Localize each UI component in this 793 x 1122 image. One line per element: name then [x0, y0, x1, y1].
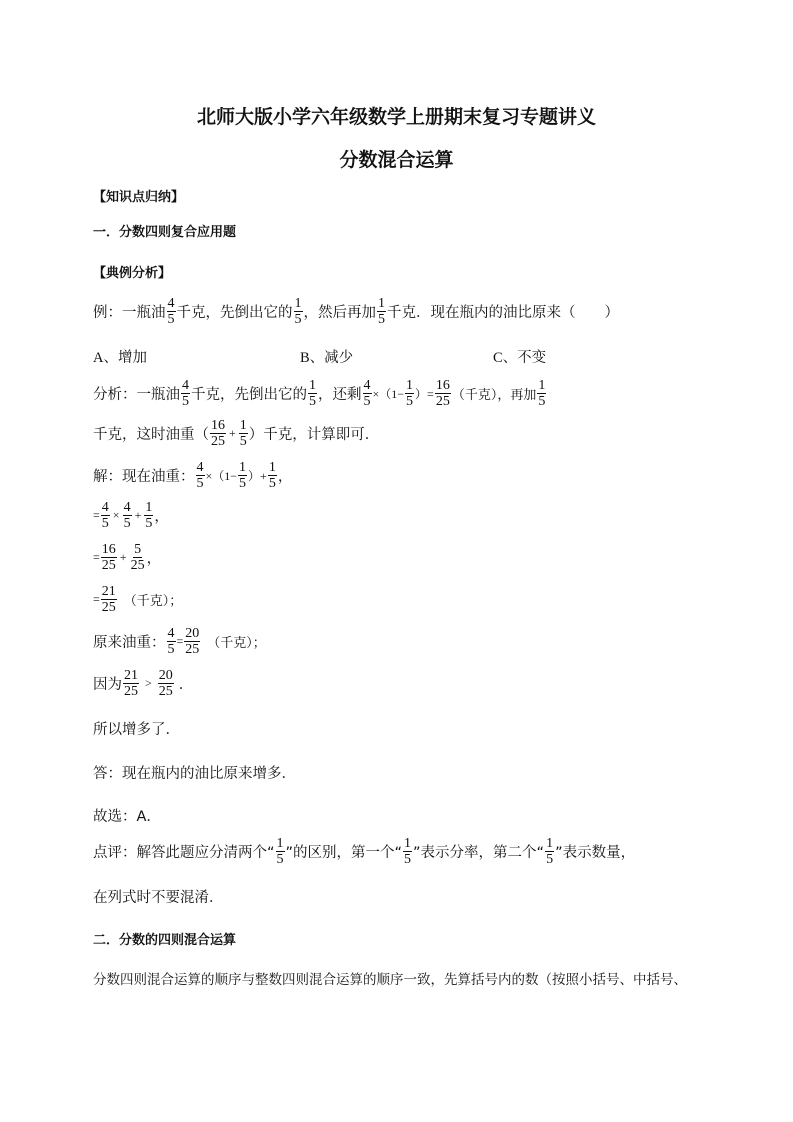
- document-page: 北师大版小学六年级数学上册期末复习专题讲义 分数混合运算 【知识点归纳】 一．分…: [0, 0, 793, 1122]
- example-question: 例：一瓶油 45 千克，先倒出它的 15 ，然后再加 15 千克．现在瓶内的油比…: [93, 296, 619, 327]
- fraction-1-5: 15: [144, 500, 153, 531]
- text: 千克，先倒出它的: [177, 301, 293, 322]
- comment-line-1: 点评：解答此题应分清两个“ 15 ”的区别，第一个“ 15 ”表示分率，第二个“…: [93, 836, 635, 867]
- fraction-1-5: 15: [268, 460, 277, 491]
- fraction-1-5: 15: [308, 378, 317, 409]
- analysis-line-1: 分析：一瓶油 45 千克，先倒出它的 15 ，还剩 45 ×（1− 15 ）= …: [93, 378, 547, 409]
- example-label: 【典例分析】: [93, 262, 171, 281]
- analysis-line-2: 千克，这时油重（ 1625 + 15 ）千克，计算即可．: [93, 418, 379, 449]
- section2-heading: 二．分数的四则混合运算: [93, 929, 236, 948]
- fraction-4-5: 45: [167, 296, 176, 327]
- solution-line-1: 解：现在油重： 45 ×（1− 15 ）+ 15 ，: [93, 460, 292, 491]
- solution-line-5: 原来油重： 45 = 2025 （千克）；: [93, 626, 266, 657]
- fraction-1-5: 15: [276, 836, 285, 867]
- fraction-1-5: 15: [403, 836, 412, 867]
- fraction-1-5: 15: [294, 296, 303, 327]
- fraction-16-25: 1625: [210, 418, 226, 449]
- fraction-4-5: 45: [167, 626, 176, 657]
- text: 例：一瓶油: [93, 301, 166, 322]
- solution-line-2: = 45 × 45 + 15 ，: [93, 500, 169, 531]
- fraction-4-5: 45: [196, 460, 205, 491]
- comment-line-2: 在列式时不要混淆．: [93, 886, 224, 907]
- solution-line-4: = 2125 （千克）；: [93, 584, 182, 615]
- fraction-5-25: 525: [130, 542, 146, 573]
- fraction-1-5: 15: [377, 296, 386, 327]
- document-subtitle: 分数混合运算: [0, 145, 793, 172]
- section1-heading: 一．分数四则复合应用题: [93, 221, 236, 240]
- answer-text: 答：现在瓶内的油比原来增多．: [93, 762, 296, 783]
- option-c: C、不变: [493, 346, 546, 367]
- solution-conclusion: 所以增多了．: [93, 718, 180, 739]
- fraction-1-5: 15: [405, 378, 414, 409]
- fraction-20-25: 2025: [184, 626, 200, 657]
- fraction-4-5: 45: [181, 378, 190, 409]
- fraction-16-25: 1625: [101, 542, 117, 573]
- option-a: A、增加: [93, 346, 147, 367]
- section2-text: 分数四则混合运算的顺序与整数四则混合运算的顺序一致，先算括号内的数（按照小括号、…: [93, 968, 687, 988]
- fraction-1-5: 15: [537, 378, 546, 409]
- document-title: 北师大版小学六年级数学上册期末复习专题讲义: [0, 102, 793, 129]
- fraction-4-5: 45: [363, 378, 372, 409]
- fraction-4-5: 45: [123, 500, 132, 531]
- fraction-1-5: 15: [238, 460, 247, 491]
- fraction-16-25: 1625: [435, 378, 451, 409]
- text: 千克．现在瓶内的油比原来（ ）: [387, 301, 619, 322]
- fraction-4-5: 45: [101, 500, 110, 531]
- fraction-21-25: 2125: [123, 668, 139, 699]
- option-b: B、减少: [300, 346, 353, 367]
- solution-line-6: 因为 2125 > 2025 ．: [93, 668, 193, 699]
- choice-text: 故选：A．: [93, 805, 161, 826]
- solution-line-3: = 1625 + 525 ，: [93, 542, 161, 573]
- knowledge-label: 【知识点归纳】: [93, 186, 184, 205]
- fraction-1-5: 15: [545, 836, 554, 867]
- text: ，然后再加: [304, 301, 377, 322]
- fraction-20-25: 2025: [158, 668, 174, 699]
- fraction-21-25: 2125: [101, 584, 117, 615]
- fraction-1-5: 15: [239, 418, 248, 449]
